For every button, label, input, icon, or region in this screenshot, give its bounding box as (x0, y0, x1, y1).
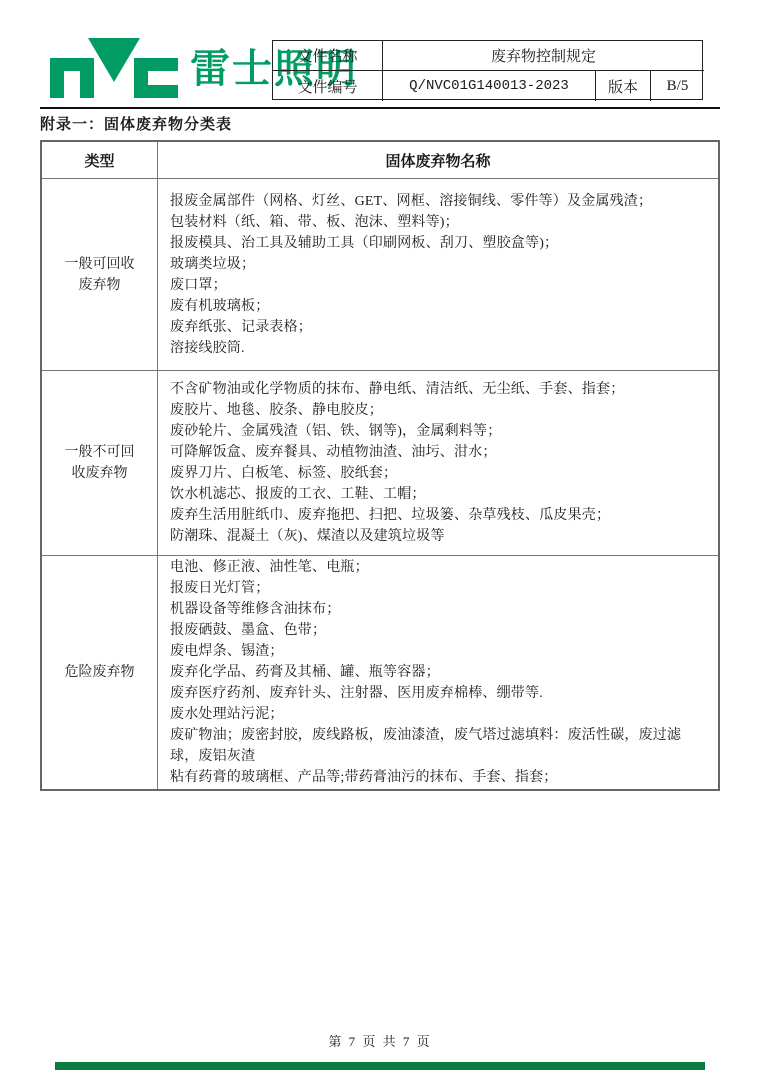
waste-item-line: 电池、修正液、油性笔、电瓶； (170, 557, 708, 578)
waste-item-line: 报废金属部件（网格、灯丝、GET、网框、溶接铜线、零件等）及金属残渣； (170, 191, 708, 212)
table-row: 一般可回收废弃物 报废金属部件（网格、灯丝、GET、网框、溶接铜线、零件等）及金… (42, 178, 718, 370)
waste-item-line: 废水处理站污泥； (170, 704, 708, 725)
table-header-row: 类型 固体废弃物名称 (42, 142, 718, 178)
page-title: 附录一：固体废弃物分类表 (40, 113, 232, 134)
column-header-type: 类型 (42, 142, 158, 178)
waste-item-line: 废电焊条、锡渣； (170, 641, 708, 662)
waste-item-line: 废弃化学品、药膏及其桶、罐、瓶等容器； (170, 662, 708, 683)
document-page: 雷士照明 文件名称 废弃物控制规定 文件编号 Q/NVC01G140013-20… (0, 0, 760, 1073)
column-header-name: 固体废弃物名称 (158, 142, 718, 178)
waste-item-line: 饮水机滤芯、报废的工衣、工鞋、工帽； (170, 484, 708, 505)
type-line: 危险废弃物 (65, 662, 135, 683)
waste-item-line: 玻璃类垃圾； (170, 254, 708, 275)
waste-item-line: 不含矿物油或化学物质的抹布、静电纸、清洁纸、无尘纸、手套、指套； (170, 379, 708, 400)
doc-name-label: 文件名称 (273, 41, 383, 71)
logo-letter-n (50, 58, 94, 98)
doc-number-value: Q/NVC01G140013-2023 (383, 71, 596, 101)
waste-item-line: 废口罩； (170, 275, 708, 296)
waste-table-body: 一般可回收废弃物 报废金属部件（网格、灯丝、GET、网框、溶接铜线、零件等）及金… (42, 178, 718, 789)
waste-item-line: 废矿物油；废密封胶，废线路板，废油漆渣，废气塔过滤填料：废活性碳，废过滤球，废铝… (170, 725, 708, 767)
logo-letter-c (134, 58, 178, 98)
type-line: 收废弃物 (72, 463, 128, 484)
table-row: 危险废弃物 电池、修正液、油性笔、电瓶；报废日光灯管；机器设备等维修含油抹布；报… (42, 555, 718, 789)
items-cell: 报废金属部件（网格、灯丝、GET、网框、溶接铜线、零件等）及金属残渣；包装材料（… (158, 179, 718, 370)
waste-item-line: 废有机玻璃板； (170, 296, 708, 317)
items-cell: 不含矿物油或化学物质的抹布、静电纸、清洁纸、无尘纸、手套、指套；废胶片、地毯、胶… (158, 371, 718, 555)
nvc-logo-icon (48, 38, 180, 100)
waste-item-line: 机器设备等维修含油抹布； (170, 599, 708, 620)
type-line: 一般可回收 (65, 254, 135, 275)
doc-version-value: B/5 (651, 71, 704, 101)
waste-item-line: 可降解饭盒、废弃餐具、动植物油渣、油圬、泔水； (170, 442, 708, 463)
waste-item-line: 溶接线胶筒. (170, 338, 708, 359)
table-row: 一般不可回收废弃物 不含矿物油或化学物质的抹布、静电纸、清洁纸、无尘纸、手套、指… (42, 370, 718, 555)
waste-item-line: 废界刀片、白板笔、标签、胶纸套； (170, 463, 708, 484)
waste-item-line: 废弃纸张、记录表格； (170, 317, 708, 338)
waste-item-line: 包装材料（纸、箱、带、板、泡沫、塑料等)； (170, 212, 708, 233)
waste-classification-table: 类型 固体废弃物名称 一般可回收废弃物 报废金属部件（网格、灯丝、GET、网框、… (40, 140, 720, 791)
type-line: 一般不可回 (65, 442, 135, 463)
waste-item-line: 废砂轮片、金属残渣（铝、铁、钢等)，金属剩料等； (170, 421, 708, 442)
waste-item-line: 报废模具、治工具及辅助工具（印刷网板、刮刀、塑胶盒等)； (170, 233, 708, 254)
waste-item-line: 报废硒鼓、墨盒、色带； (170, 620, 708, 641)
type-cell: 一般可回收废弃物 (42, 179, 158, 370)
doc-info-table: 文件名称 废弃物控制规定 文件编号 Q/NVC01G140013-2023 版本… (272, 40, 703, 100)
items-cell: 电池、修正液、油性笔、电瓶；报废日光灯管；机器设备等维修含油抹布；报废硒鼓、墨盒… (158, 556, 718, 789)
waste-item-line: 粘有药膏的玻璃框、产品等;带药膏油污的抹布、手套、指套； (170, 767, 708, 788)
waste-item-line: 废弃医疗药剂、废弃针头、注射器、医用废弃棉棒、绷带等. (170, 683, 708, 704)
title-divider (40, 107, 720, 109)
waste-item-line: 防潮珠、混凝土（灰)、煤渣以及建筑垃圾等 (170, 526, 708, 547)
footer-green-bar (55, 1062, 705, 1070)
logo-letter-v (88, 38, 140, 82)
type-cell: 危险废弃物 (42, 556, 158, 789)
waste-item-line: 报废日光灯管； (170, 578, 708, 599)
page-number: 第 7 页 共 7 页 (0, 1031, 760, 1050)
waste-item-line: 废弃生活用脏纸巾、废弃拖把、扫把、垃圾篓、杂草残枝、瓜皮果壳； (170, 505, 708, 526)
type-line: 废弃物 (79, 275, 121, 296)
doc-number-label: 文件编号 (273, 71, 383, 101)
type-cell: 一般不可回收废弃物 (42, 371, 158, 555)
doc-name-value: 废弃物控制规定 (383, 41, 704, 71)
waste-item-line: 废胶片、地毯、胶条、静电胶皮； (170, 400, 708, 421)
doc-version-label: 版本 (596, 71, 651, 101)
